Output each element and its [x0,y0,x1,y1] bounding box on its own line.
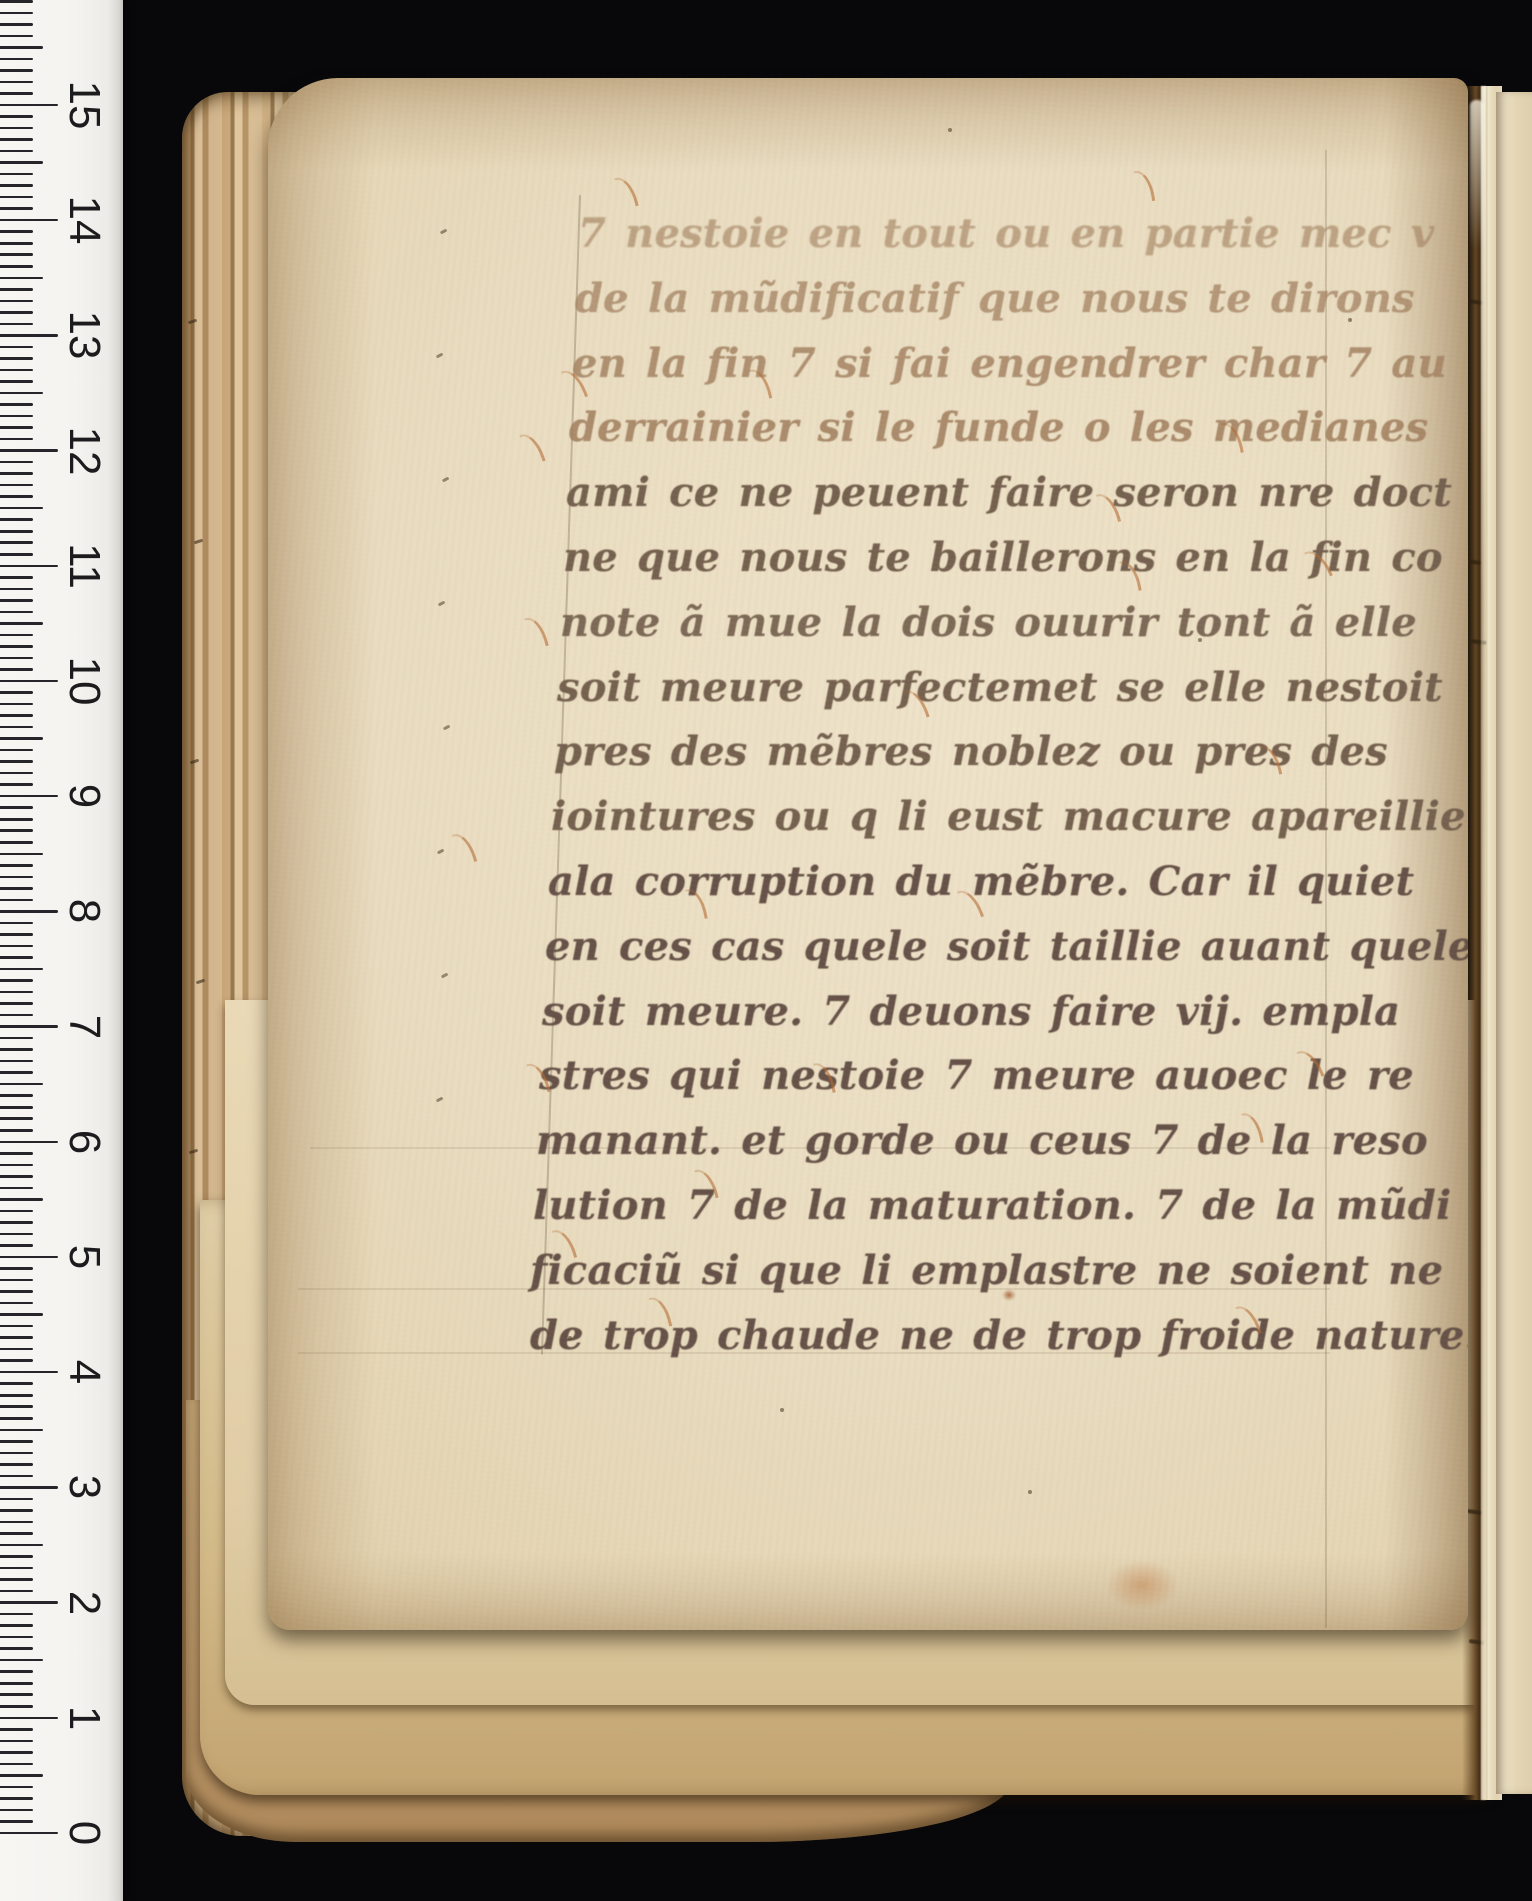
ruler-tick [0,1117,33,1120]
ruler-number: 4 [59,1360,109,1384]
manuscript-text-line: de trop chaude ne de trop froide nature. [530,1303,1468,1368]
manuscript-text-line: soit meure parfectemet se elle nestoit [557,655,1443,720]
ruler-tick [0,703,33,706]
ruler-tick [0,0,33,3]
ruler-tick [0,1774,43,1777]
ruler-tick [0,588,33,591]
ruler-tick [0,1175,33,1178]
sewing-thread [1469,1639,1484,1645]
ruler-tick [0,1613,33,1616]
ruler-tick [0,1359,33,1362]
ruler-tick [0,887,33,890]
ruler-tick [0,1590,33,1593]
ruler-number: 6 [59,1130,109,1154]
ruler-tick [0,576,33,579]
ruler-tick [0,1509,33,1512]
ruler-tick [0,1313,43,1316]
facing-page-edge [1496,92,1532,1794]
ruler-tick [0,104,58,107]
ruler-tick [0,1763,33,1766]
speck [1348,318,1352,322]
ruler-tick [0,1670,33,1673]
ruler-tick [0,945,33,948]
ruler-tick [0,749,33,752]
ruler-tick [0,1256,58,1259]
ruler-tick [0,864,33,867]
ruler-tick [0,795,58,798]
ruler-tick [0,1521,33,1524]
ruler-tick [0,495,33,498]
ruler-tick [0,507,43,510]
ruler-tick [0,611,33,614]
ruler-number: 8 [59,899,109,923]
ruler: 0123456789101112131415 [0,0,123,1901]
ruler-tick [0,933,33,936]
ruler-tick [0,1820,33,1823]
manuscript-text-line: ficaciũ si que li emplastre ne soient ne [530,1238,1443,1303]
ruler-tick [0,668,33,671]
ruler-tick [0,1014,33,1017]
ruler-tick [0,1083,43,1086]
ruler-tick [0,829,33,832]
speck [780,1408,784,1412]
ruler-tick [0,599,33,602]
ruler-tick [0,265,33,268]
ruler-tick [0,242,33,245]
ruler-tick [0,806,33,809]
manuscript-text-line: en ces cas quele soit taillie auant quel… [545,914,1468,979]
ruler-tick [0,1578,33,1581]
ruler-tick [0,968,43,971]
ruler-tick [0,1198,43,1201]
ruler-tick [0,1636,33,1639]
speck [1248,1198,1252,1202]
ruler-tick [0,1164,33,1167]
ruler-tick [0,553,33,556]
ruler-number: 0 [59,1821,109,1845]
ruler-tick [0,1371,58,1374]
ruler-tick [0,484,33,487]
ruler-tick [0,979,33,982]
ruler-tick [0,1279,33,1282]
ruler-tick [0,161,43,164]
ruler-tick [0,1106,33,1109]
ruler-tick [0,956,33,959]
ruler-tick [0,69,33,72]
ruler-tick [0,1060,33,1063]
ruler-tick [0,426,33,429]
text-block: 7 nestoie en tout ou en partie mec vde l… [268,78,1468,1630]
ruler-tick [0,565,58,568]
edge-nick [189,1149,198,1155]
manuscript-text-line: en la fin 7 si fai engendrer char 7 au [572,331,1447,396]
manuscript-text-line: 7 nestoie en tout ou en partie mec v [578,201,1434,266]
ruler-tick [0,1682,33,1685]
ruler-tick [0,1544,43,1547]
ruler-tick [0,369,33,372]
ruler-tick [0,1555,33,1558]
speck [1198,638,1202,642]
manuscript-text-line: stres qui nestoie 7 meure auoec le re [539,1043,1414,1108]
ruler-tick [0,1624,33,1627]
ruler-number: 1 [59,1706,109,1730]
ruler-tick [0,876,33,879]
ruler-tick [0,1486,58,1489]
ruler-tick [0,1452,33,1455]
ruler-tick [0,657,33,660]
ruler-tick [0,357,33,360]
ruler-tick [0,1705,33,1708]
ruler-tick [0,737,43,740]
ruler-tick [0,899,33,902]
ruler-tick [0,1659,43,1662]
ruler-tick [0,1048,33,1051]
speck [948,128,952,132]
ruler-tick [0,541,33,544]
ruler-tick [0,1129,33,1132]
ruler-tick [0,922,33,925]
ruler-tick [0,1740,33,1743]
ruler-tick [0,207,33,210]
ruler-tick [0,783,33,786]
ruler-tick [0,1152,33,1155]
manuscript-text-line: iointures ou q li eust macure apareillie [551,784,1466,849]
ruler-number: 3 [59,1475,109,1499]
ruler-tick [0,1348,33,1351]
ruler-tick [0,173,33,176]
ruler-tick [0,1094,33,1097]
ruler-tick [0,1532,33,1535]
ruler-tick [0,1417,33,1420]
stain [1106,1560,1178,1610]
ruler-tick [0,1405,33,1408]
ruler-tick [0,530,33,533]
ruler-tick [0,772,33,775]
ruler-tick [0,841,33,844]
ruler-tick [0,1475,33,1478]
ruler-tick [0,1567,33,1570]
manuscript-page: 7 nestoie en tout ou en partie mec vde l… [268,78,1468,1630]
ruler-tick [0,277,43,280]
edge-nick [188,319,197,325]
ruler-tick [0,1210,33,1213]
ruler-tick [0,1325,33,1328]
ruler-tick [0,92,33,95]
ruler-tick [0,680,58,683]
ruler-tick [0,150,33,153]
ruler-tick [0,645,33,648]
edge-nick [196,979,205,985]
ruler-tick [0,991,33,994]
book: 7 nestoie en tout ou en partie mec vde l… [0,0,1532,1901]
ruler-number: 9 [59,784,109,808]
ruler-tick [0,58,33,61]
manuscript-text-line: lution 7 de la maturation. 7 de la mũdi [533,1173,1451,1238]
manuscript-text-line: ami ce ne peuent faire seron nre doct [566,460,1452,525]
ruler-tick [0,438,33,441]
ruler-number: 5 [59,1245,109,1269]
ruler-number: 15 [59,81,109,130]
ruler-tick [0,461,33,464]
ruler-tick [0,46,43,49]
gutter-glint [1470,100,1484,250]
ruler-tick [0,253,33,256]
ruler-number: 12 [59,426,109,475]
manuscript-text-line: soit meure. 7 deuons faire vij. empla [542,979,1400,1044]
ruler-number: 7 [59,1014,109,1038]
ruler-tick [0,1728,33,1731]
ruler-tick [0,115,33,118]
ruler-tick [0,449,58,452]
ruler-tick [0,634,33,637]
ruler-tick [0,230,33,233]
ruler-tick [0,1244,33,1247]
sewing-thread [1471,639,1486,645]
ruler-tick [0,726,33,729]
ruler-tick [0,1302,33,1305]
ruler-tick [0,346,33,349]
ruler-tick [0,1382,33,1385]
ruler-tick [0,12,33,15]
ruler-tick [0,1233,33,1236]
manuscript-text-line: de la mũdificatif que nous te dirons [575,266,1415,331]
stain [1002,1289,1016,1301]
ruler-tick [0,1187,33,1190]
ruler-tick [0,518,33,521]
ruler-tick [0,127,33,130]
ruler-tick [0,1394,33,1397]
ruler-tick [0,323,33,326]
ruler-tick [0,300,33,303]
manuscript-text-line: derrainier si le funde o les medianes [569,395,1428,460]
ruler-tick [0,1693,33,1696]
ruler-tick [0,1809,33,1812]
ruler-number: 10 [59,657,109,706]
speck [568,1336,572,1340]
ruler-tick [0,23,33,26]
ruler-tick [0,1336,33,1339]
ruler-tick [0,1786,33,1789]
ruler-tick [0,1037,33,1040]
sewing-thread [1468,299,1483,305]
ruler-tick [0,1221,33,1224]
ruler-tick [0,1440,33,1443]
ruler-tick [0,853,43,856]
edge-nick [190,759,199,765]
ruler-tick [0,1071,33,1074]
ruler-tick [0,1141,58,1144]
ruler-tick [0,1025,58,1028]
ruler-tick [0,334,58,337]
ruler-tick [0,1463,33,1466]
ruler-tick [0,81,33,84]
ruler-tick [0,415,33,418]
manuscript-text-line: ala corruption du mẽbre. Car il quiet [548,849,1414,914]
ruler-tick [0,1647,33,1650]
ruler-tick [0,196,33,199]
ruler-tick [0,138,33,141]
ruler-tick [0,392,43,395]
ruler-tick [0,1429,43,1432]
sewing-thread [1466,559,1481,565]
ruler-number: 14 [59,196,109,245]
ruler-tick [0,1717,58,1720]
ruler-tick [0,472,33,475]
ruler-number: 11 [59,543,109,589]
ruler-tick [0,1832,58,1835]
ruler-tick [0,714,33,717]
ruler-tick [0,622,43,625]
ruler-tick [0,1290,33,1293]
sewing-thread [1467,1509,1482,1515]
ruler-tick [0,910,58,913]
ruler-tick [0,403,33,406]
ruler-tick [0,1751,33,1754]
ruler-number: 13 [59,311,109,360]
ruler-tick [0,1002,33,1005]
ruler-tick [0,311,33,314]
edge-nick [194,539,203,545]
ruler-tick [0,1267,33,1270]
ruler-tick [0,1498,33,1501]
ruler-tick [0,818,33,821]
ruler-tick [0,219,58,222]
ruler-tick [0,1601,58,1604]
ruler-tick [0,760,33,763]
ruler-tick [0,184,33,187]
ruler-number: 2 [59,1590,109,1614]
speck [1028,1490,1032,1494]
ruler-tick [0,35,33,38]
ruler-tick [0,380,33,383]
photo-background: { "ruler": { "unit": "cm", "numbers": ["… [0,0,1532,1901]
ruler-tick [0,288,33,291]
manuscript-text-line: note ã mue la dois ouurir tont ã elle [560,590,1417,655]
manuscript-text-line: manant. et gorde ou ceus 7 de la reso [536,1108,1428,1173]
ruler-tick [0,1797,33,1800]
ruler-tick [0,691,33,694]
